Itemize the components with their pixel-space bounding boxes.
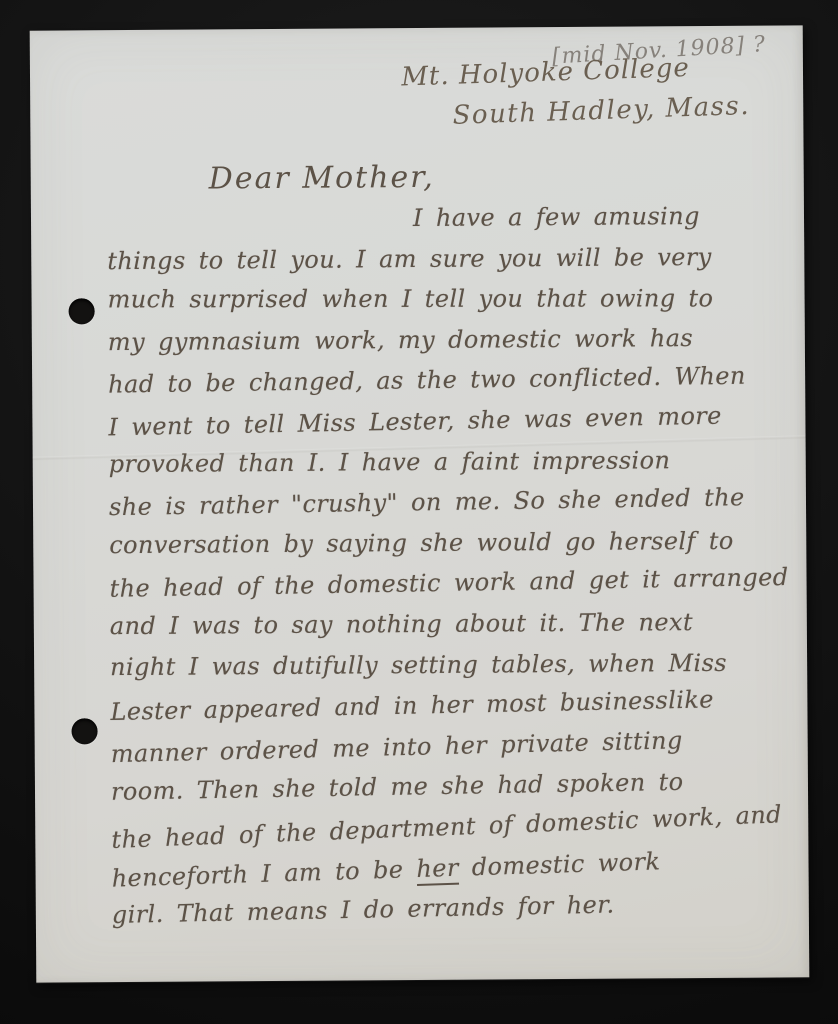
- letterhead-college: Mt. Holyoke College: [401, 53, 690, 93]
- underlined-word: her: [416, 853, 459, 885]
- letter-paper: [mid Nov. 1908] ? Mt. Holyoke College So…: [30, 25, 810, 982]
- body-line: I have a few amusing: [107, 195, 797, 240]
- letterhead-city: South Hadley, Mass.: [452, 91, 750, 131]
- body-text-segment: domestic work: [458, 847, 660, 881]
- photo-background: [mid Nov. 1908] ? Mt. Holyoke College So…: [0, 0, 838, 1024]
- body-line: much surprised when I tell you that owin…: [108, 278, 798, 320]
- body-text-segment: henceforth I am to be: [111, 855, 417, 893]
- body-line: and I was to say nothing about it. The n…: [110, 601, 800, 646]
- salutation: Dear Mother,: [209, 160, 435, 197]
- punch-hole-top: [69, 298, 95, 324]
- letter-body: I have a few amusing things to tell you.…: [107, 195, 802, 930]
- body-line: things to tell you. I am sure you will b…: [107, 236, 797, 281]
- punch-hole-bottom: [71, 718, 97, 744]
